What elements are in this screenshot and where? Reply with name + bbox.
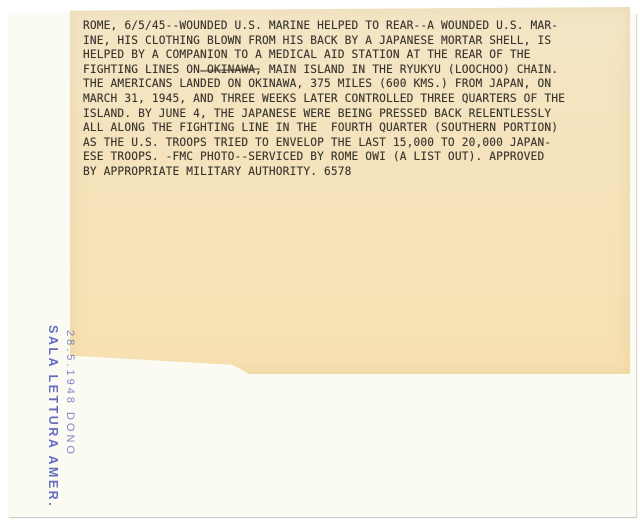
- caption-line: ROME, 6/5/45--WOUNDED U.S. MARINE HELPED…: [83, 19, 558, 32]
- library-stamp: 28.5.1948 DONO SALA LETTURA AMER.: [44, 320, 86, 510]
- stamp-date: 28.5.1948 DONO: [64, 330, 76, 457]
- stamp-place: SALA LETTURA AMER.: [46, 325, 60, 508]
- caption-line: THE AMERICANS LANDED ON OKINAWA, 375 MIL…: [83, 77, 551, 90]
- caption-line: FIGHTING LINES ON OKINAWA, MAIN ISLAND I…: [83, 63, 558, 76]
- caption-line: ALL ALONG THE FIGHTING LINE IN THE FOURT…: [83, 121, 558, 134]
- caption-line: MARCH 31, 1945, AND THREE WEEKS LATER CO…: [83, 92, 565, 105]
- caption-line: ESE TROOPS. -FMC PHOTO--SERVICED BY ROME…: [83, 150, 544, 163]
- caption-text: ROME, 6/5/45--WOUNDED U.S. MARINE HELPED…: [83, 19, 613, 180]
- caption-line: HELPED BY A COMPANION TO A MEDICAL AID S…: [83, 48, 531, 61]
- caption-line: BY APPROPRIATE MILITARY AUTHORITY. 6578: [83, 165, 352, 178]
- caption-line: AS THE U.S. TROOPS TRIED TO ENVELOP THE …: [83, 136, 551, 149]
- caption-line: ISLAND. BY JUNE 4, THE JAPANESE WERE BEI…: [83, 107, 551, 120]
- caption-line: INE, HIS CLOTHING BLOWN FROM HIS BACK BY…: [83, 34, 551, 47]
